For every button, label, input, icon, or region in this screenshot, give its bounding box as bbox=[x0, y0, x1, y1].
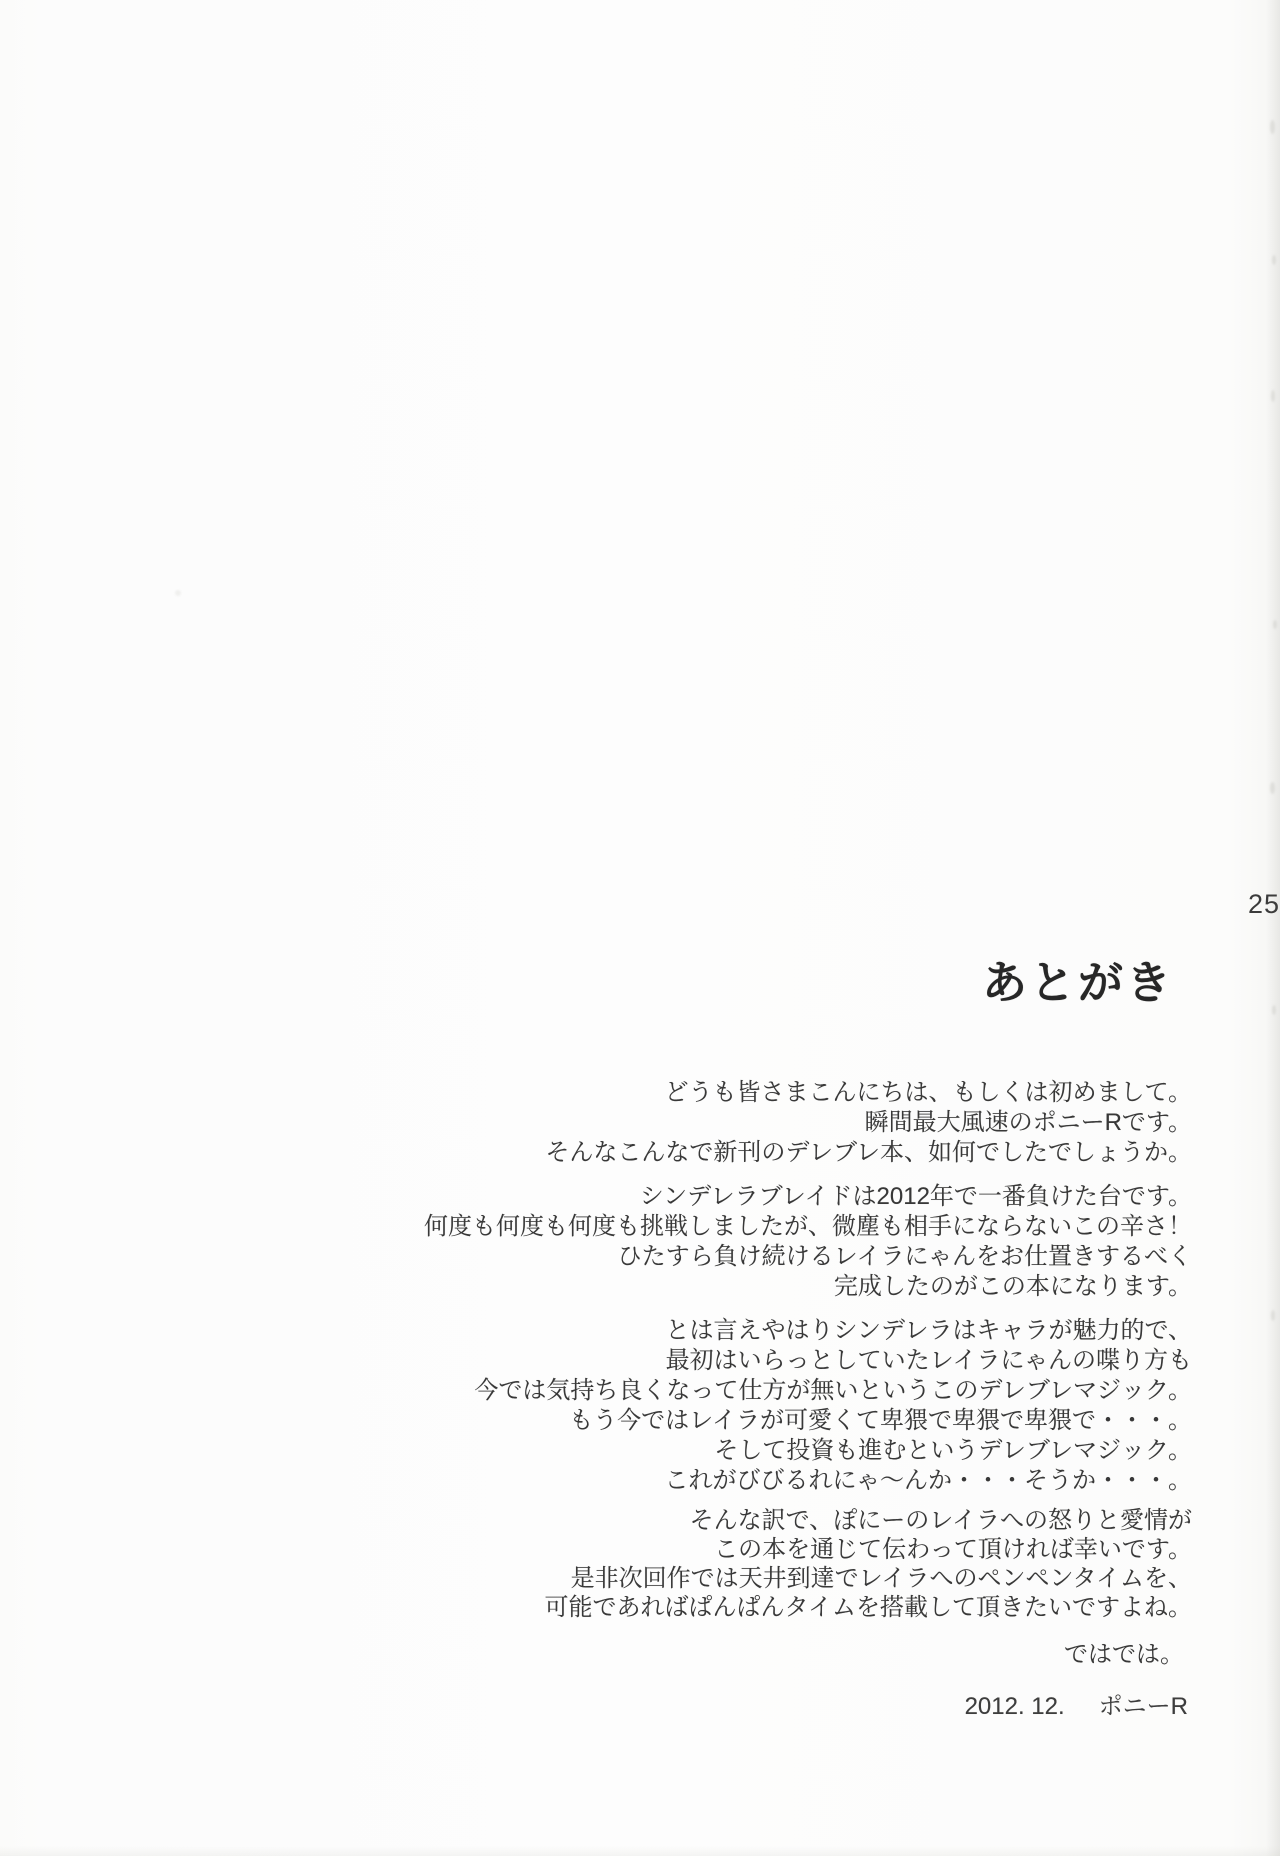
scan-artifact bbox=[1270, 120, 1275, 134]
text-line: もう今ではレイラが可愛くて卑猥で卑猥で卑猥で・・・。 bbox=[474, 1406, 1192, 1436]
afterword-title: あとがき bbox=[982, 946, 1174, 1011]
text-line: そして投資も進むというデレブレマジック。 bbox=[474, 1436, 1192, 1466]
date-signature: 2012. 12.ポニーR bbox=[965, 1692, 1188, 1722]
text-line: 今では気持ち良くなって仕方が無いというこのデレブレマジック。 bbox=[474, 1376, 1192, 1406]
text-line: シンデレラブレイドは2012年で一番負けた台です。 bbox=[424, 1182, 1192, 1212]
paragraph-greeting: どうも皆さまこんにちは、もしくは初めまして。 瞬間最大風速のポニーRです。 そん… bbox=[545, 1078, 1192, 1168]
text-line: 完成したのがこの本になります。 bbox=[424, 1272, 1192, 1302]
text-line: 何度も何度も何度も挑戦しましたが、微塵も相手にならないこの辛さ！ bbox=[424, 1212, 1192, 1242]
page-number: 25 bbox=[1248, 889, 1280, 920]
paragraph-character-charm: とは言えやはりシンデレラはキャラが魅力的で、 最初はいらっとしていたレイラにゃん… bbox=[474, 1316, 1192, 1496]
scan-artifact bbox=[1272, 1005, 1276, 1015]
text-line: ひたすら負け続けるレイラにゃんをお仕置きするべく bbox=[424, 1242, 1192, 1272]
text-line: どうも皆さまこんにちは、もしくは初めまして。 bbox=[545, 1078, 1192, 1108]
paragraph-cinderella-blade: シンデレラブレイドは2012年で一番負けた台です。 何度も何度も何度も挑戦しまし… bbox=[424, 1182, 1192, 1302]
text-line: 瞬間最大風速のポニーRです。 bbox=[545, 1108, 1192, 1138]
scan-artifact bbox=[1271, 1310, 1275, 1321]
text-line: そんなこんなで新刊のデレブレ本、如何でしたでしょうか。 bbox=[545, 1138, 1192, 1168]
author-name: ポニーR bbox=[1099, 1693, 1188, 1720]
paragraph-wishes: そんな訳で、ぽにーのレイラへの怒りと愛情が この本を通じて伝わって頂ければ幸いで… bbox=[544, 1506, 1192, 1622]
closing-line: ではでは。 bbox=[1064, 1640, 1184, 1670]
text-line: この本を通じて伝わって頂ければ幸いです。 bbox=[544, 1535, 1192, 1564]
text-line: とは言えやはりシンデレラはキャラが魅力的で、 bbox=[474, 1316, 1192, 1346]
scan-artifact bbox=[1272, 255, 1276, 265]
scanned-afterword-page: 25 あとがき どうも皆さまこんにちは、もしくは初めまして。 瞬間最大風速のポニ… bbox=[0, 0, 1280, 1856]
scan-artifact bbox=[1271, 390, 1275, 402]
text-line: 可能であればぱんぱんタイムを搭載して頂きたいですよね。 bbox=[544, 1593, 1192, 1622]
publication-date: 2012. 12. bbox=[965, 1693, 1065, 1720]
scan-artifact bbox=[1273, 620, 1277, 629]
text-line: 最初はいらっとしていたレイラにゃんの喋り方も bbox=[474, 1346, 1192, 1376]
text-line: そんな訳で、ぽにーのレイラへの怒りと愛情が bbox=[544, 1506, 1192, 1535]
text-line: これがびびるれにゃ～んか・・・そうか・・・。 bbox=[474, 1466, 1192, 1496]
scan-artifact bbox=[1270, 782, 1275, 794]
text-line: 是非次回作では天井到達でレイラへのペンペンタイムを、 bbox=[544, 1564, 1192, 1593]
scan-artifact bbox=[175, 590, 181, 596]
